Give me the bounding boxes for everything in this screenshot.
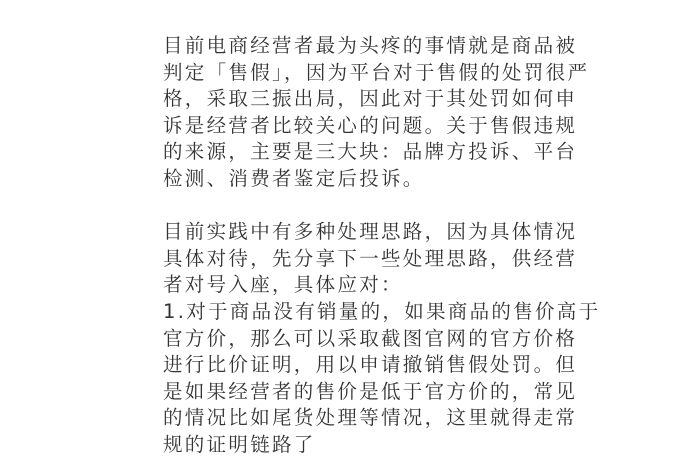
text-line: 规的证明链路了 [163,432,543,459]
text-line: 判定「售假」，因为平台对于售假的处罚很严 [163,60,543,87]
paragraph-approaches: 目前实践中有多种处理思路，因为具体情况 具体对待，先分享下一些处理思路，供经营 … [163,219,543,458]
text-line: 进行比价证明，用以申请撤销售假处罚。但 [163,352,543,379]
text-line: 官方价，那么可以采取截图官网的官方价格 [163,326,543,353]
paragraph-spacer [163,193,543,220]
text-line: 目前实践中有多种处理思路，因为具体情况 [163,219,543,246]
text-line: 具体对待，先分享下一些处理思路，供经营 [163,246,543,273]
text-line: 检测、消费者鉴定后投诉。 [163,166,543,193]
text-line: 者对号入座，具体应对： [163,272,543,299]
article-body: 目前电商经营者最为头疼的事情就是商品被 判定「售假」，因为平台对于售假的处罚很严… [163,33,543,459]
text-line: 格，采取三振出局，因此对于其处罚如何申 [163,86,543,113]
text-line: 1.对于商品没有销量的，如果商品的售价高于 [163,299,543,326]
text-line: 诉是经营者比较关心的问题。关于售假违规 [163,113,543,140]
text-line: 是如果经营者的售价是低于官方价的，常见 [163,379,543,406]
paragraph-intro: 目前电商经营者最为头疼的事情就是商品被 判定「售假」，因为平台对于售假的处罚很严… [163,33,543,193]
text-line: 的情况比如尾货处理等情况，这里就得走常 [163,405,543,432]
text-line: 目前电商经营者最为头疼的事情就是商品被 [163,33,543,60]
text-line: 的来源，主要是三大块：品牌方投诉、平台 [163,139,543,166]
